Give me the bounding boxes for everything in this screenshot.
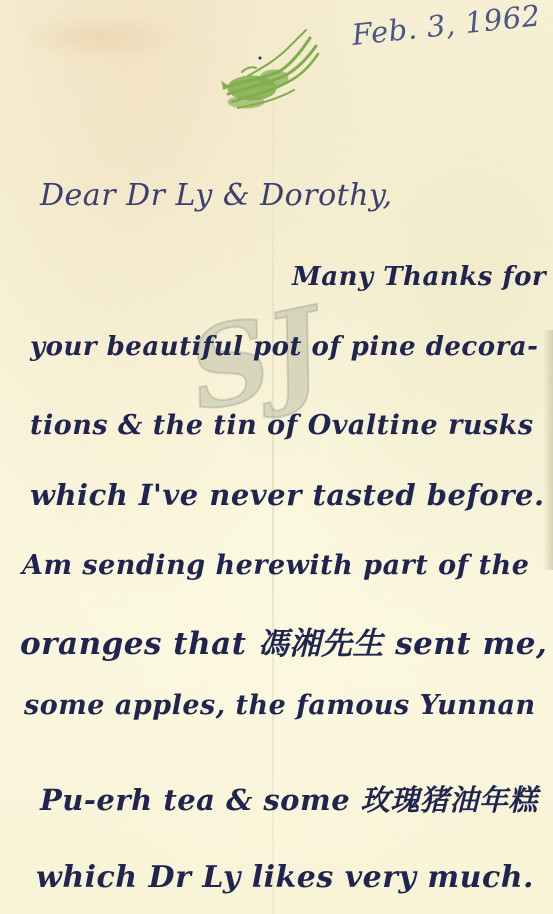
body-line-3: tions & the tin of Ovaltine rusks (30, 410, 534, 441)
body-line-8: Pu-erh tea & some 玫瑰猪油年糕 (40, 778, 538, 819)
body-line-6: oranges that 馮湘先生 sent me, (20, 618, 547, 663)
paper-stain (20, 15, 180, 60)
edge-crease (543, 330, 553, 570)
body-line-2: your beautiful pot of pine decora- (30, 332, 538, 362)
salutation: Dear Dr Ly & Dorothy, (40, 178, 393, 213)
body-line-1: Many Thanks for (292, 262, 546, 292)
body-line-7: some apples, the famous Yunnan (24, 690, 536, 721)
body-line-5: Am sending herewith part of the (22, 550, 529, 581)
body-line-9: which Dr Ly likes very much. (36, 860, 534, 895)
body-line-4: which I've never tasted before. (30, 478, 545, 512)
bird-ornament-icon (218, 22, 324, 118)
